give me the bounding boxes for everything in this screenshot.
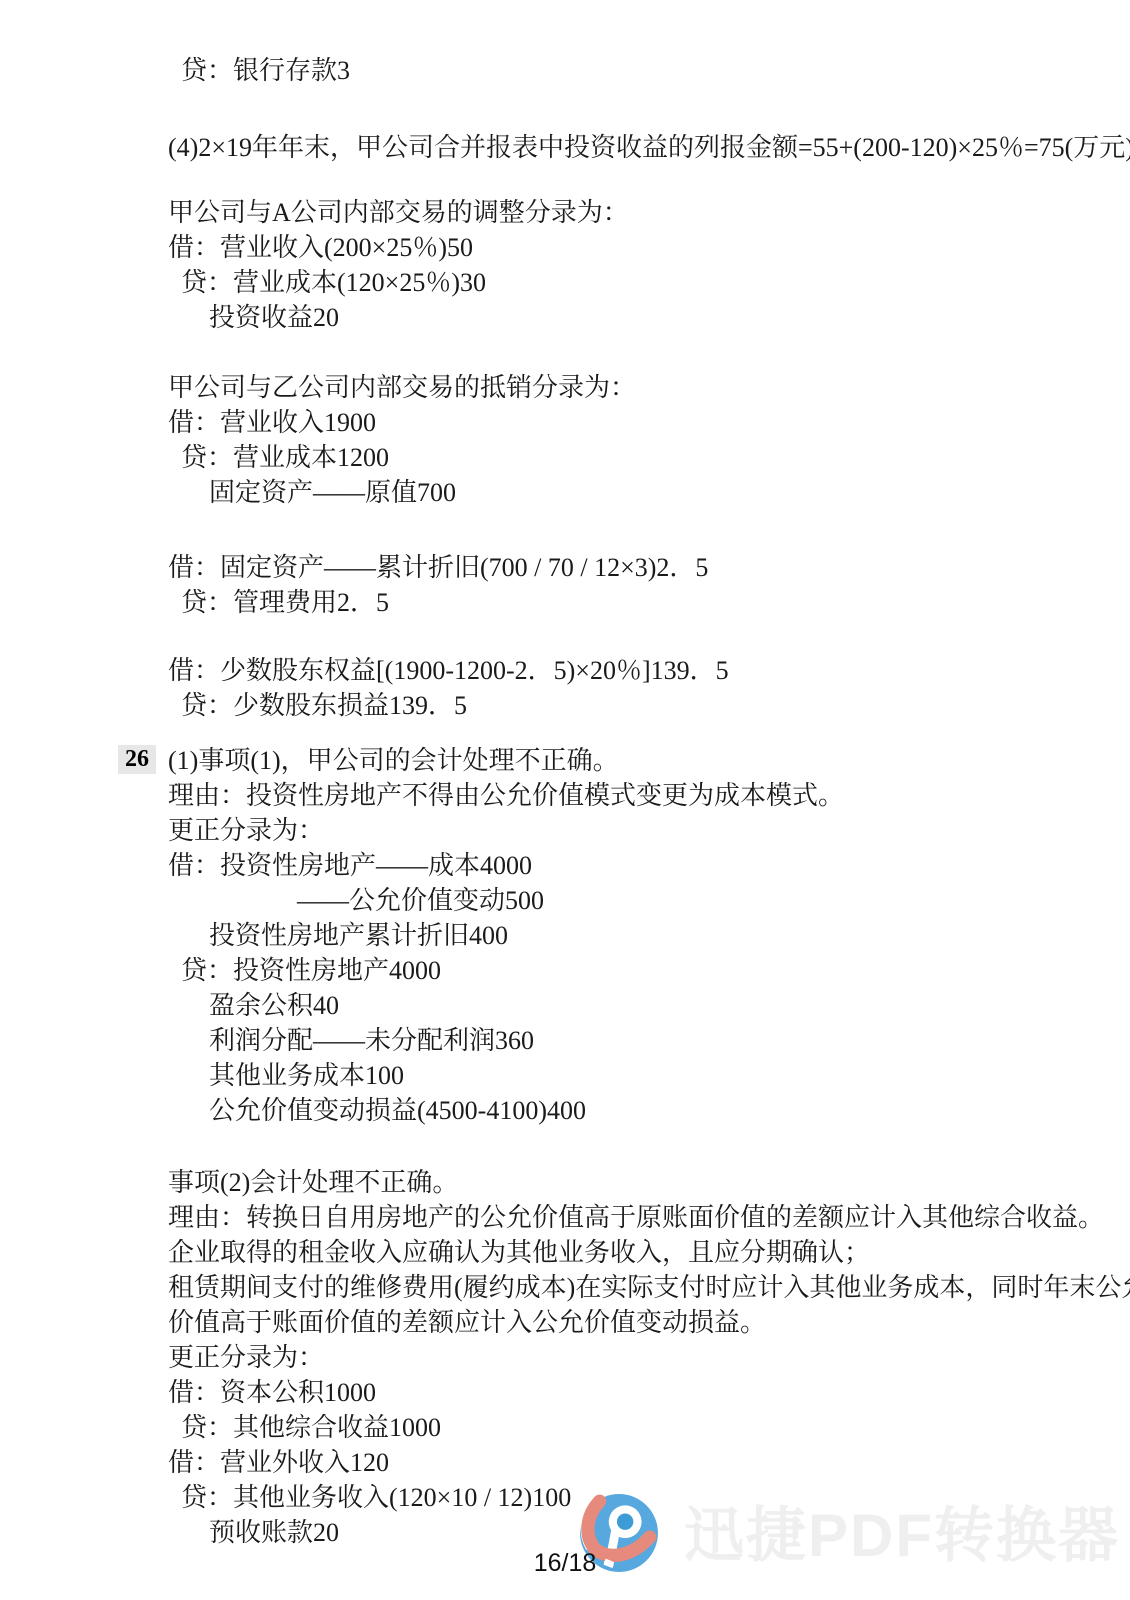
document-line-text: 投资收益20 [209,303,339,332]
document-line: 其他业务成本100 [209,1058,1098,1093]
document-line: 借：营业收入(200×25％)50 [168,230,1098,265]
document-line: 事项(2)会计处理不正确。 [168,1165,1098,1200]
document-line-text: 贷：营业成本(120×25％)30 [181,268,486,297]
document-line-text: 贷：其他综合收益1000 [181,1413,441,1442]
document-line-text: 借：营业外收入120 [168,1448,389,1477]
document-line-text: 甲公司与乙公司内部交易的抵销分录为： [168,373,636,402]
document-line: 固定资产——原值700 [209,475,1098,510]
document-line: (4)2×19年年末，甲公司合并报表中投资收益的列报金额=55+(200-120… [168,130,1098,165]
question-number-badge: 26 [118,745,156,774]
document-line-text: (1)事项(1)，甲公司的会计处理不正确。 [168,746,619,775]
document-line-text: 更正分录为： [168,816,324,845]
document-line: 贷：管理费用2．5 [181,585,1098,620]
document-line: ——公允价值变动500 [297,883,1098,918]
document-line: 理由：转换日自用房地产的公允价值高于原账面价值的差额应计入其他综合收益。 [168,1200,1098,1235]
document-line-text: 盈余公积40 [209,991,339,1020]
document-line: 借：营业外收入120 [168,1445,1098,1480]
document-line-text: 借：营业收入1900 [168,408,376,437]
document-line-text: 借：固定资产——累计折旧(700 / 70 / 12×3)2．5 [168,553,708,582]
document-line-text: 事项(2)会计处理不正确。 [168,1168,458,1197]
document-line: 贷：营业成本1200 [181,440,1098,475]
document-line-text: 借：营业收入(200×25％)50 [168,233,473,262]
document-line: 价值高于账面价值的差额应计入公允价值变动损益。 [168,1305,1098,1340]
document-line-text: 利润分配——未分配利润360 [209,1026,534,1055]
document-line-text: ——公允价值变动500 [297,886,544,915]
document-line: 企业取得的租金收入应确认为其他业务收入，且应分期确认； [168,1235,1098,1270]
document-line-text: 贷：银行存款3 [181,56,350,85]
document-line: 26(1)事项(1)，甲公司的会计处理不正确。 [168,743,1098,778]
document-line-text: (4)2×19年年末，甲公司合并报表中投资收益的列报金额=55+(200-120… [168,133,1130,162]
document-page-body: 贷：银行存款3(4)2×19年年末，甲公司合并报表中投资收益的列报金额=55+(… [168,53,1098,1550]
document-line-text: 贷：管理费用2．5 [181,588,389,617]
document-line-text: 价值高于账面价值的差额应计入公允价值变动损益。 [168,1308,766,1337]
document-line: 公允价值变动损益(4500-4100)400 [209,1093,1098,1128]
document-line: 投资收益20 [209,300,1098,335]
document-line-text: 预收账款20 [209,1518,339,1547]
document-line: 贷：银行存款3 [181,53,1098,88]
page-number: 16/18 [0,1549,1130,1578]
document-line: 盈余公积40 [209,988,1098,1023]
document-line-text: 甲公司与A公司内部交易的调整分录为： [168,198,629,227]
document-line: 借：营业收入1900 [168,405,1098,440]
document-line-text: 公允价值变动损益(4500-4100)400 [209,1096,586,1125]
document-line-text: 更正分录为： [168,1343,324,1372]
document-line-text: 投资性房地产累计折旧400 [209,921,508,950]
document-line-text: 借：少数股东权益[(1900-1200-2．5)×20％]139．5 [168,656,729,685]
document-line: 贷：投资性房地产4000 [181,953,1098,988]
document-line-text: 贷：其他业务收入(120×10 / 12)100 [181,1483,571,1512]
document-line-text: 理由：投资性房地产不得由公允价值模式变更为成本模式。 [168,781,844,810]
document-line-text: 其他业务成本100 [209,1061,404,1090]
document-line: 借：少数股东权益[(1900-1200-2．5)×20％]139．5 [168,653,1098,688]
document-line-text: 理由：转换日自用房地产的公允价值高于原账面价值的差额应计入其他综合收益。 [168,1203,1104,1232]
document-line: 贷：少数股东损益139．5 [181,688,1098,723]
document-line: 更正分录为： [168,813,1098,848]
document-line: 贷：其他综合收益1000 [181,1410,1098,1445]
document-line: 租赁期间支付的维修费用(履约成本)在实际支付时应计入其他业务成本，同时年末公允 [168,1270,1098,1305]
document-line: 利润分配——未分配利润360 [209,1023,1098,1058]
document-line: 借：资本公积1000 [168,1375,1098,1410]
document-line-text: 贷：投资性房地产4000 [181,956,441,985]
document-line-text: 借：资本公积1000 [168,1378,376,1407]
document-line: 借：投资性房地产——成本4000 [168,848,1098,883]
document-line: 贷：营业成本(120×25％)30 [181,265,1098,300]
document-line-text: 借：投资性房地产——成本4000 [168,851,532,880]
document-line-text: 企业取得的租金收入应确认为其他业务收入，且应分期确认； [168,1238,870,1267]
document-line: 借：固定资产——累计折旧(700 / 70 / 12×3)2．5 [168,550,1098,585]
document-line-text: 租赁期间支付的维修费用(履约成本)在实际支付时应计入其他业务成本，同时年末公允 [168,1273,1130,1302]
document-line-text: 贷：少数股东损益139．5 [181,691,467,720]
document-line: 投资性房地产累计折旧400 [209,918,1098,953]
document-line: 更正分录为： [168,1340,1098,1375]
document-line: 甲公司与A公司内部交易的调整分录为： [168,195,1098,230]
document-line: 理由：投资性房地产不得由公允价值模式变更为成本模式。 [168,778,1098,813]
document-line: 甲公司与乙公司内部交易的抵销分录为： [168,370,1098,405]
document-line-text: 固定资产——原值700 [209,478,456,507]
document-line-text: 贷：营业成本1200 [181,443,389,472]
